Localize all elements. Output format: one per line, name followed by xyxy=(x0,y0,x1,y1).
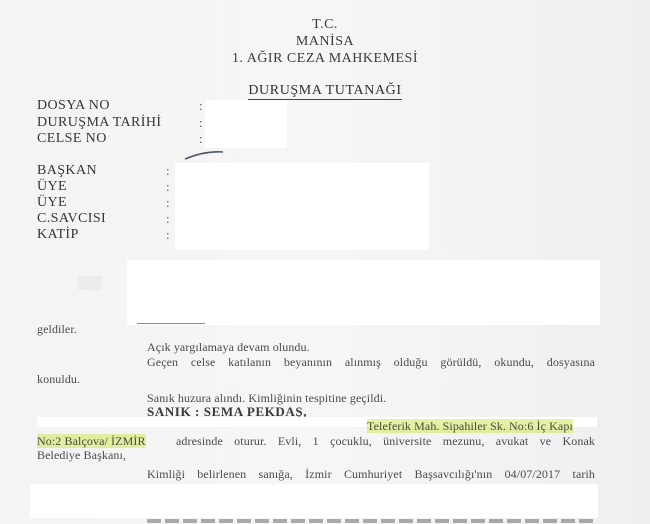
colon: : xyxy=(199,131,203,147)
address-line: No:2 Balçova/ İZMİR xyxy=(37,434,146,449)
text-p2b: konuldu. xyxy=(37,372,80,387)
text-p4: Kimliği belirlenen sanığa, İzmir Cumhuri… xyxy=(147,467,595,482)
document-page: T.C. MANİSA 1. AĞIR CEZA MAHKEMESİ DURUŞ… xyxy=(0,0,650,524)
label-durusma-tarihi: DURUŞMA TARİHİ xyxy=(37,115,161,131)
header-court: 1. AĞIR CEZA MAHKEMESİ xyxy=(0,51,650,67)
header-city: MANİSA xyxy=(0,34,650,50)
text-p2a: Geçen celse katılanın beyanının alınmış … xyxy=(147,355,595,370)
cut-off-text-line xyxy=(147,519,595,523)
redacted-panel-names xyxy=(175,163,429,250)
colon: : xyxy=(166,195,170,211)
label-uye-2: ÜYE xyxy=(37,195,67,211)
colon: : xyxy=(166,163,170,179)
address-highlight-2: No:2 Balçova/ İZMİR xyxy=(37,434,146,448)
address-end: Belediye Başkanı, xyxy=(37,448,126,463)
text-p1: Açık yargılamaya devam olundu. xyxy=(147,340,310,355)
address-part1: Teleferik Mah. Sipahiler Sk. No:6 İç Kap… xyxy=(367,419,573,434)
colon: : xyxy=(166,179,170,195)
colon: : xyxy=(166,227,170,243)
address-rest: adresinde oturur. Evli, 1 çocuklu, ünive… xyxy=(176,434,595,449)
label-baskan: BAŞKAN xyxy=(37,163,97,179)
pen-mark-icon xyxy=(183,148,228,162)
document-title: DURUŞMA TUTANAĞI xyxy=(0,83,650,99)
label-c-savcisi: C.SAVCISI xyxy=(37,211,106,227)
header-tc: T.C. xyxy=(0,17,650,33)
faded-mark xyxy=(78,276,102,290)
document-title-text: DURUŞMA TUTANAĞI xyxy=(248,83,401,100)
redacted-bottom xyxy=(30,484,598,518)
underline-remnant xyxy=(137,323,205,324)
address-highlight-1: Teleferik Mah. Sipahiler Sk. No:6 İç Kap… xyxy=(367,419,573,433)
colon: : xyxy=(199,115,203,131)
label-dosya-no: DOSYA NO xyxy=(37,98,110,114)
label-katip: KATİP xyxy=(37,227,79,243)
text-geldiler: geldiler. xyxy=(37,322,77,337)
label-uye-1: ÜYE xyxy=(37,179,67,195)
redacted-case-values xyxy=(205,100,287,148)
label-celse-no: CELSE NO xyxy=(37,131,107,147)
redacted-attendees xyxy=(127,260,600,325)
colon: : xyxy=(166,211,170,227)
colon: : xyxy=(199,98,203,114)
